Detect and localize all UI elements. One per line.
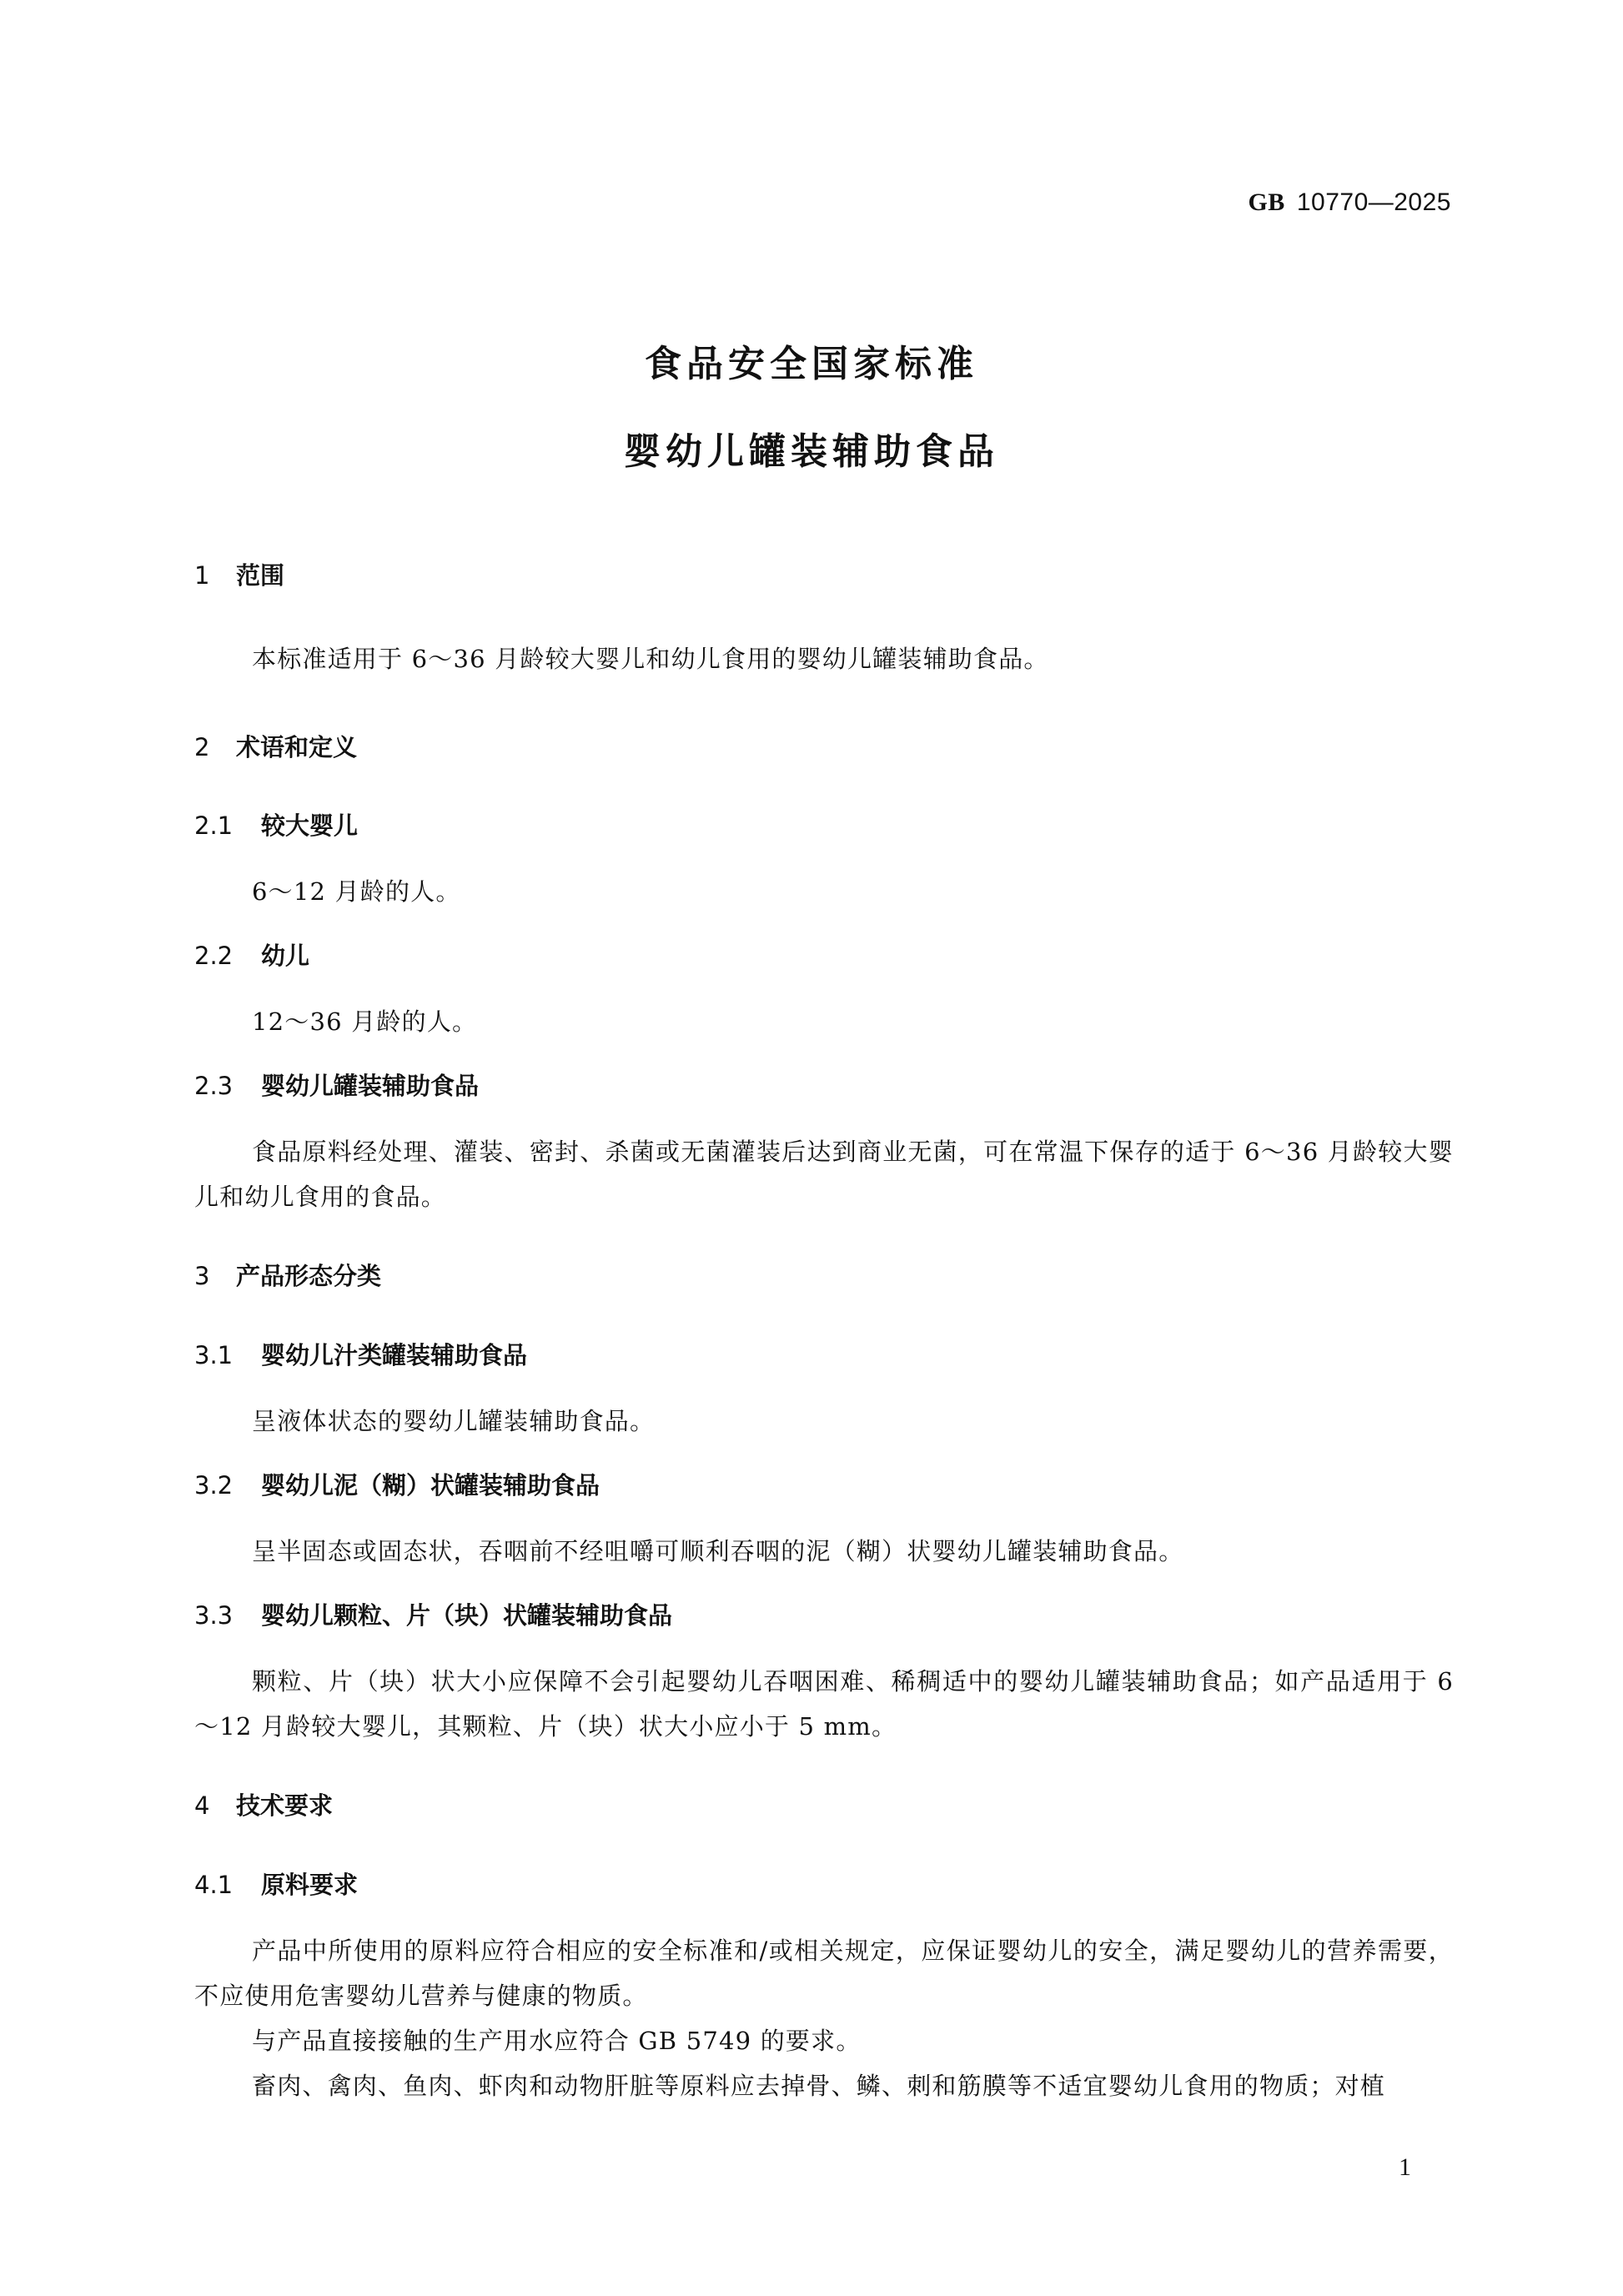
standard-prefix: GB <box>1248 188 1284 216</box>
section-heading-2-1: 2.1较大婴儿 <box>194 807 358 842</box>
section-1-body: 本标准适用于 6～36 月龄较大婴儿和幼儿食用的婴幼儿罐装辅助食品。 <box>194 636 1454 681</box>
section-heading-2-3: 2.3婴幼儿罐装辅助食品 <box>194 1068 479 1102</box>
section-4-1-para3: 畜肉、禽肉、鱼肉、虾肉和动物肝脏等原料应去掉骨、鳞、刺和筋膜等不适宜婴幼儿食用的… <box>194 2063 1454 2108</box>
section-number: 2.2 <box>194 942 261 970</box>
section-heading-4-1: 4.1原料要求 <box>194 1866 358 1901</box>
section-number: 4.1 <box>194 1871 261 1899</box>
section-title: 原料要求 <box>261 1871 358 1899</box>
section-number: 1 <box>194 561 236 590</box>
section-heading-2: 2术语和定义 <box>194 729 357 763</box>
section-heading-1: 1范围 <box>194 557 284 591</box>
section-number: 3 <box>194 1262 236 1290</box>
section-number: 2.3 <box>194 1072 261 1100</box>
section-number: 4 <box>194 1791 236 1820</box>
section-title: 婴幼儿汁类罐装辅助食品 <box>261 1341 527 1369</box>
section-3-2-body: 呈半固态或固态状，吞咽前不经咀嚼可顺利吞咽的泥（糊）状婴幼儿罐装辅助食品。 <box>194 1529 1454 1574</box>
section-heading-4: 4技术要求 <box>194 1787 333 1821</box>
section-3-1-body: 呈液体状态的婴幼儿罐装辅助食品。 <box>194 1399 1454 1444</box>
section-number: 3.3 <box>194 1601 261 1630</box>
document-title-line2: 婴幼儿罐装辅助食品 <box>0 421 1623 475</box>
section-2-2-body: 12～36 月龄的人。 <box>194 999 1454 1044</box>
document-page: GB10770—2025 食品安全国家标准 婴幼儿罐装辅助食品 1范围 本标准适… <box>0 0 1623 2296</box>
section-heading-2-2: 2.2幼儿 <box>194 937 309 972</box>
section-3-3-body: 颗粒、片（块）状大小应保障不会引起婴幼儿吞咽困难、稀稠适中的婴幼儿罐装辅助食品；… <box>194 1659 1454 1749</box>
section-title: 产品形态分类 <box>236 1262 381 1290</box>
section-title: 婴幼儿颗粒、片（块）状罐装辅助食品 <box>261 1601 672 1630</box>
section-number: 2.1 <box>194 811 261 840</box>
section-title: 技术要求 <box>236 1791 333 1820</box>
document-title-line1: 食品安全国家标准 <box>0 334 1623 387</box>
section-title: 范围 <box>236 561 284 590</box>
section-heading-3: 3产品形态分类 <box>194 1258 381 1292</box>
section-heading-3-2: 3.2婴幼儿泥（糊）状罐装辅助食品 <box>194 1467 600 1501</box>
standard-number: 10770—2025 <box>1297 188 1451 216</box>
section-2-3-body: 食品原料经处理、灌装、密封、杀菌或无菌灌装后达到商业无菌，可在常温下保存的适于 … <box>194 1129 1454 1219</box>
section-title: 婴幼儿泥（糊）状罐装辅助食品 <box>261 1471 600 1500</box>
section-4-1-para2: 与产品直接接触的生产用水应符合 GB 5749 的要求。 <box>194 2018 1454 2063</box>
section-title: 婴幼儿罐装辅助食品 <box>261 1072 479 1100</box>
section-number: 3.2 <box>194 1471 261 1500</box>
section-heading-3-1: 3.1婴幼儿汁类罐装辅助食品 <box>194 1337 527 1371</box>
section-number: 2 <box>194 733 236 761</box>
section-4-1-para1: 产品中所使用的原料应符合相应的安全标准和/或相关规定，应保证婴幼儿的安全，满足婴… <box>194 1928 1454 2018</box>
section-2-1-body: 6～12 月龄的人。 <box>194 869 1454 914</box>
section-heading-3-3: 3.3婴幼儿颗粒、片（块）状罐装辅助食品 <box>194 1597 672 1631</box>
section-title: 幼儿 <box>261 942 309 970</box>
section-number: 3.1 <box>194 1341 261 1369</box>
standard-code: GB10770—2025 <box>1248 188 1451 217</box>
page-number: 1 <box>1399 2153 1411 2182</box>
section-title: 术语和定义 <box>236 733 357 761</box>
section-title: 较大婴儿 <box>261 811 358 840</box>
